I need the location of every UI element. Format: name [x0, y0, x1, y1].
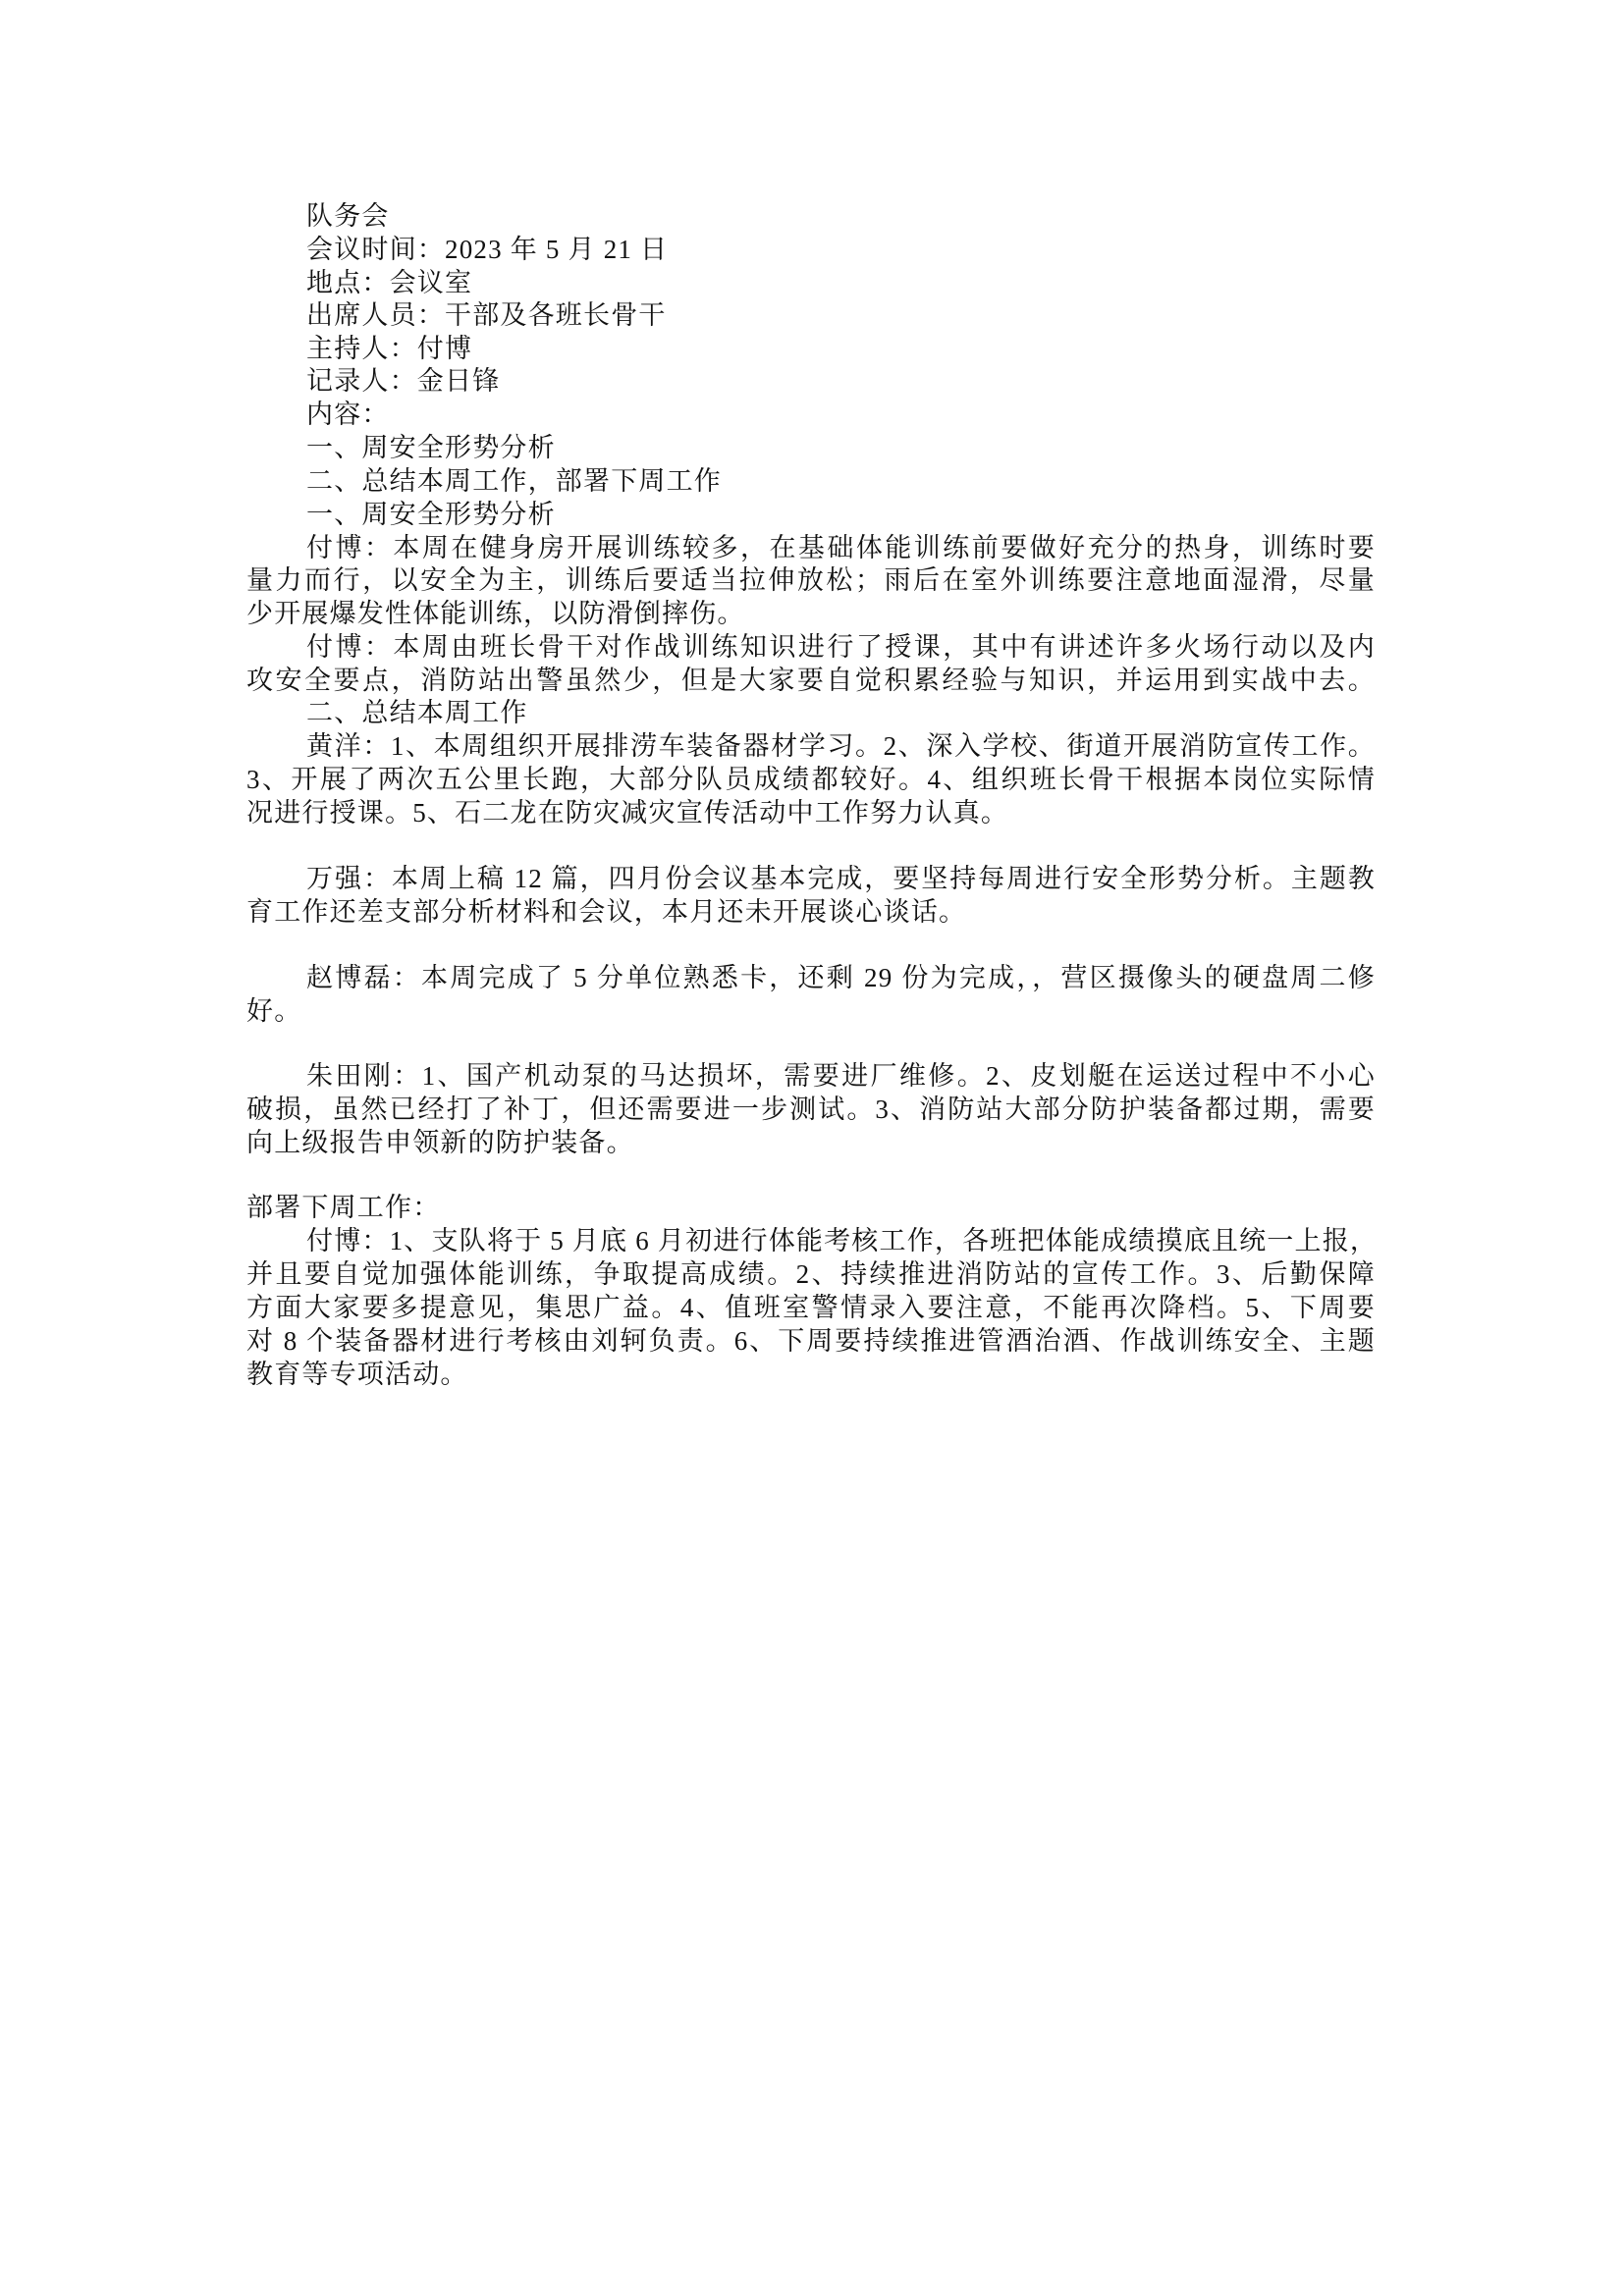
agenda-item: 二、总结本周工作，部署下周工作 [306, 464, 1376, 498]
content-label: 内容： [306, 398, 1376, 431]
paragraph-line: 3、开展了两次五公里长跑，大部分队员成绩都较好。4、组织班长骨干根据本岗位实际情 [246, 763, 1376, 796]
agenda-item: 一、周安全形势分析 [306, 431, 1376, 464]
meeting-recorder: 记录人：金日锋 [306, 364, 1376, 398]
meeting-attendees: 出席人员：干部及各班长骨干 [306, 298, 1376, 332]
paragraph-line: 好。 [246, 994, 1376, 1028]
paragraph-line: 赵博磊：本周完成了 5 分单位熟悉卡，还剩 29 份为完成，，营区摄像头的硬盘周… [306, 961, 1376, 994]
paragraph-line: 攻安全要点，消防站出警虽然少，但是大家要自觉积累经验与知识，并运用到实战中去。 [246, 664, 1376, 697]
meeting-host: 主持人：付博 [306, 332, 1376, 365]
paragraph-line: 朱田刚：1、国产机动泵的马达损坏，需要进厂维修。2、皮划艇在运送过程中不小心 [306, 1059, 1376, 1093]
meeting-place: 地点：会议室 [306, 266, 1376, 299]
paragraph-line: 破损，虽然已经打了补丁，但还需要进一步测试。3、消防站大部分防护装备都过期，需要 [246, 1093, 1376, 1126]
document-page: 队务会 会议时间：2023 年 5 月 21 日 地点：会议室 出席人员：干部及… [0, 0, 1624, 2296]
paragraph-line: 付博：本周在健身房开展训练较多，在基础体能训练前要做好充分的热身，训练时要 [306, 531, 1376, 564]
paragraph-line: 对 8 个装备器材进行考核由刘轲负责。6、下周要持续推进管酒治酒、作战训练安全、… [246, 1324, 1376, 1358]
paragraph-line: 况进行授课。5、石二龙在防灾减灾宣传活动中工作努力认真。 [246, 796, 1376, 829]
paragraph-line: 教育等专项活动。 [246, 1358, 1376, 1391]
paragraph-line: 量力而行，以安全为主，训练后要适当拉伸放松；雨后在室外训练要注意地面湿滑，尽量 [246, 563, 1376, 597]
paragraph-line: 付博：本周由班长骨干对作战训练知识进行了授课，其中有讲述许多火场行动以及内 [306, 630, 1376, 664]
paragraph-line: 黄洋：1、本周组织开展排涝车装备器材学习。2、深入学校、街道开展消防宣传工作。 [306, 729, 1376, 763]
paragraph-line: 育工作还差支部分析材料和会议，本月还未开展谈心谈话。 [246, 895, 1376, 929]
paragraph-line: 并且要自觉加强体能训练，争取提高成绩。2、持续推进消防站的宣传工作。3、后勤保障 [246, 1257, 1376, 1291]
paragraph-line: 万强：本周上稿 12 篇，四月份会议基本完成，要坚持每周进行安全形势分析。主题教 [306, 862, 1376, 895]
section-heading: 二、总结本周工作 [306, 696, 1376, 729]
paragraph-line: 付博：1、支队将于 5 月底 6 月初进行体能考核工作，各班把体能成绩摸底且统一… [306, 1224, 1376, 1257]
meeting-time: 会议时间：2023 年 5 月 21 日 [306, 233, 1376, 266]
paragraph-line: 方面大家要多提意见，集思广益。4、值班室警情录入要注意，不能再次降档。5、下周要 [246, 1291, 1376, 1324]
section-heading: 一、周安全形势分析 [306, 498, 1376, 531]
paragraph-line: 向上级报告申领新的防护装备。 [246, 1126, 1376, 1159]
section-heading: 部署下周工作： [246, 1191, 1376, 1224]
document-title: 队务会 [306, 199, 1376, 233]
paragraph-line: 少开展爆发性体能训练，以防滑倒摔伤。 [246, 597, 1376, 630]
